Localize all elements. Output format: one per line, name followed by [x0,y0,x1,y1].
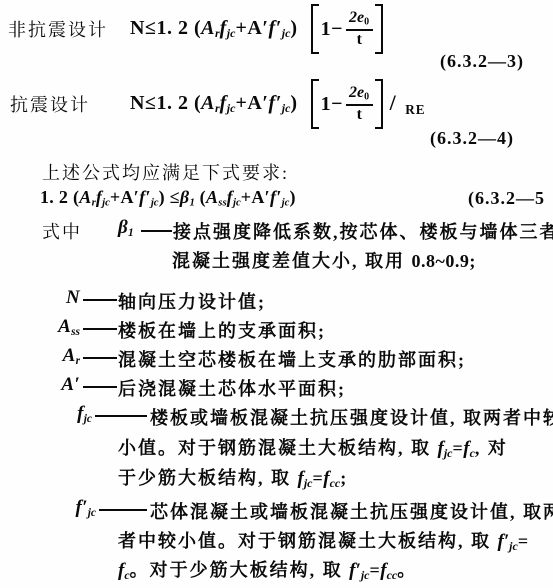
math-token: 1. 2 [156,92,194,114]
math-token: 后浇混凝土芯体水平面积; [118,379,346,399]
math-token: 1− [321,93,343,115]
math-token: + [235,17,247,39]
math-token: 1. 2 [40,187,73,207]
math-token: 1. 2 [156,17,194,39]
math-token: = [370,560,381,580]
math-token: f [77,403,84,424]
math-token: , 对 [475,438,508,458]
bracket-group: 1− 2e0 t [311,79,383,129]
math-token: f′ [498,531,510,552]
math-token: A [206,187,218,207]
em-dash-connector [99,509,147,511]
var-symbol-N: N [30,287,80,309]
var-symbol-Ar: Ar [30,345,80,367]
math-token: 接点强度降低系数,按芯体、楼板与墙体三者 [173,222,553,242]
math-token: 1− [321,18,343,40]
formula-seismic-row: 抗震设计 N≤1. 2 (Arfjc+A′f′jc) 1− 2e0 t /RE [10,79,426,129]
math-token: 于少筋大板结构, 取 [118,468,298,488]
math-token: A′ [120,187,139,207]
em-dash-connector [83,328,117,330]
math-token: / [390,90,397,115]
math-token: A [201,17,215,39]
math-token: 楼板在墙上的支承面积; [118,321,326,341]
where-label: 式中 [42,218,82,244]
math-token: A′ [251,187,270,207]
math-token: A′ [61,374,80,395]
formula-nonseismic-label: 非抗震设计 [8,16,130,42]
math-token: 混凝土强度差值大小, 取用 [172,251,412,271]
math-token: 。对于少筋大板结构, 取 [130,560,350,580]
math-token: β [118,217,128,238]
math-token: jc [509,539,518,553]
math-token: jc [84,413,92,425]
math-token: jc [151,197,159,209]
var-definition-fprimejc-line1: 芯体混凝土或墙板混凝土抗压强度设计值, 取两 [150,498,553,524]
math-token: 0.8~0.9 [412,251,470,271]
formula-check-expression: 1. 2 (Arfjc+A′f′jc) ≤β1 (Assfjc+A′f′jc) [40,187,296,209]
bracket-group: 1− 2e0 t [311,4,383,54]
math-token: 0 [364,16,370,27]
var-symbol-Aprime: A′ [30,374,80,396]
intro-sentence: 上述公式均应满足下式要求: [42,159,289,185]
math-token: f [220,92,227,114]
var-definition-fjc-line2: 小值。对于钢筋混凝土大板结构, 取 fjc=fc, 对 [118,434,508,461]
fraction-numerator: 2e0 [346,9,373,31]
math-token: ( [195,187,206,207]
var-definition-N: 轴向压力设计值; [118,288,266,314]
math-token: cc [387,568,398,582]
formula-seismic-expression: N≤1. 2 (Arfjc+A′f′jc) [130,92,298,116]
math-token: 者中较小值。对于钢筋混凝土大板结构, 取 [118,531,498,551]
math-token: ; [469,251,477,271]
em-dash-connector [83,299,117,301]
var-definition-Ar: 混凝土空芯楼板在墙上支承的肋部面积; [118,346,466,372]
bracket-inner-term: 1− [321,18,343,41]
math-token: N [66,287,80,308]
fraction-2e0-over-t: 2e0 t [346,9,373,49]
fraction-denominator: t [354,106,365,124]
math-token: ss [218,197,226,209]
math-token: ; [340,468,348,488]
fraction-denominator: t [354,31,365,49]
formula-seismic-label: 抗震设计 [10,91,130,117]
math-token: jc [361,568,370,582]
math-token: 0 [364,91,370,102]
math-token: 2e [349,9,364,26]
math-token: ss [71,326,80,338]
math-token: t [357,31,362,48]
math-token: f′ [349,560,361,581]
equation-number-1: (6.3.2—3) [440,51,524,72]
math-token: A′ [247,92,268,114]
beta1-definition-line2: 混凝土强度差值大小, 取用 0.8~0.9; [172,247,477,273]
math-token: N [130,17,145,39]
math-token: ) [290,17,297,39]
var-definition-fprimejc-line3: fc。对于少筋大板结构, 取 f′jc=fcc。 [118,556,417,583]
math-token: A [79,187,91,207]
var-definition-fprimejc-line2: 者中较小值。对于钢筋混凝土大板结构, 取 f′jc= [118,527,529,554]
formula-nonseismic-expression: N≤1. 2 (Arfjc+A′f′jc) [130,17,298,41]
beta1-symbol: β1 [118,217,134,239]
math-token: β [180,187,190,207]
beta1-definition-line1: 接点强度降低系数,按芯体、楼板与墙体三者 [173,218,553,244]
em-dash-connector [83,386,117,388]
equation-number-3: (6.3.2—5 [468,188,545,209]
math-token: ) [159,187,170,207]
math-token: jc [304,476,313,490]
math-token: t [357,106,362,123]
fraction-numerator: 2e0 [346,84,373,106]
math-token: jc [102,197,110,209]
math-token: 芯体混凝土或墙板混凝土抗压强度设计值, 取两 [150,502,553,522]
em-dash-connector [95,415,147,417]
math-token: f′ [268,17,281,39]
math-token: 。 [397,560,417,580]
math-token: N [130,92,145,114]
math-token: r [76,355,80,367]
math-token: = [453,438,464,458]
math-token: + [110,187,121,207]
math-token: A′ [247,17,268,39]
formula-nonseismic-row: 非抗震设计 N≤1. 2 (Arfjc+A′f′jc) 1− 2e0 t [8,4,383,54]
var-definition-Aprime: 后浇混凝土芯体水平面积; [118,375,346,401]
math-token: f′ [270,187,282,207]
math-token: + [235,92,247,114]
math-token: A [201,92,215,114]
math-token: f′ [139,187,151,207]
var-symbol-fjc: fjc [30,403,92,425]
var-definition-fjc-line1: 楼板或墙板混凝土抗压强度设计值, 取两者中较 [150,404,553,430]
math-token: f′ [75,497,87,518]
math-token: 混凝土空芯楼板在墙上支承的肋部面积; [118,350,466,370]
math-token: = [518,531,529,551]
math-token: 楼板或墙板混凝土抗压强度设计值, 取两者中较 [150,408,553,428]
math-token: 2e [349,84,364,101]
math-token: f [220,17,227,39]
em-dash-connector [83,357,117,359]
math-token: 1 [128,227,134,239]
equation-number-2: (6.3.2—4) [430,128,514,149]
bracket-inner-term: 1− [321,93,343,116]
math-token: = [313,468,324,488]
math-token: + [241,187,252,207]
math-token: ≤ [145,17,156,39]
math-token: cc [330,476,341,490]
var-symbol-Ass: Ass [30,316,80,338]
var-definition-Ass: 楼板在墙上的支承面积; [118,317,326,343]
fraction-2e0-over-t: 2e0 t [346,84,373,124]
math-token: ) [289,187,295,207]
math-token: A [58,316,71,337]
math-token: jc [88,507,96,519]
math-token: ≤ [170,187,180,207]
var-definition-fjc-line3: 于少筋大板结构, 取 fjc=fcc; [118,464,348,491]
divided-by-gamma-RE: /RE [390,90,426,117]
em-dash-connector [141,230,172,232]
var-symbol-fprime-jc: f′jc [30,497,96,519]
math-token: ≤ [145,92,156,114]
math-token: jc [444,446,453,460]
math-token: f′ [268,92,281,114]
math-token: 小值。对于钢筋混凝土大板结构, 取 [118,438,438,458]
document-page: 非抗震设计 N≤1. 2 (Arfjc+A′f′jc) 1− 2e0 t (6.… [0,0,553,588]
math-token: RE [405,102,425,117]
math-token: jc [233,197,241,209]
math-token: A [63,345,76,366]
math-token: ) [290,92,297,114]
math-token: 轴向压力设计值; [118,292,266,312]
